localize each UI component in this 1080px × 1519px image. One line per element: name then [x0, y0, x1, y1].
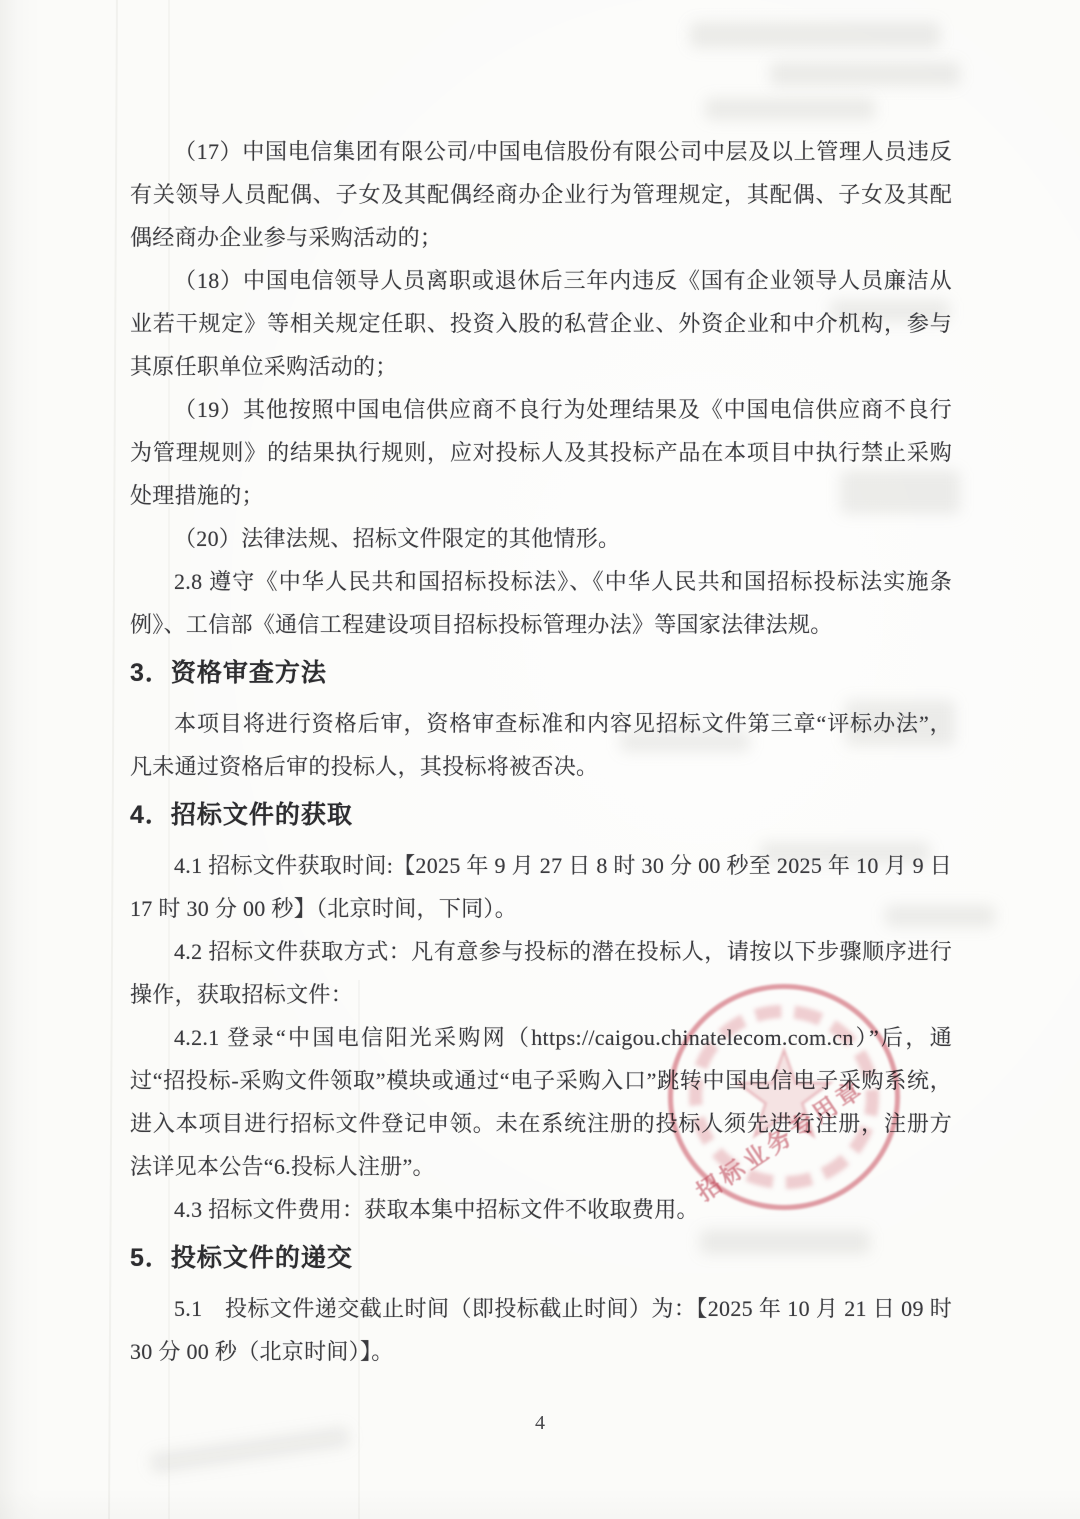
section-3-body: 本项目将进行资格后审，资格审查标准和内容见招标文件第三章“评标办法”，凡未通过资… [130, 702, 952, 788]
clause-4-2-1: 4.2.1 登录“中国电信阳光采购网（https://caigou.chinat… [130, 1016, 952, 1188]
clause-18: （18）中国电信领导人员离职或退休后三年内违反《国有企业领导人员廉洁从业若干规定… [130, 259, 952, 388]
section-4-heading: 4．招标文件的获取 [130, 798, 952, 832]
paper-crease-line [108, 0, 118, 1519]
bleed-through-mark [690, 22, 940, 48]
document-body: （17）中国电信集团有限公司/中国电信股份有限公司中层及以上管理人员违反有关领导… [130, 130, 952, 1373]
section-5-heading: 5．投标文件的递交 [130, 1241, 952, 1275]
page-number: 4 [0, 1412, 1080, 1435]
bleed-through-mark [770, 62, 960, 86]
clause-4-3: 4.3 招标文件费用：获取本集中招标文件不收取费用。 [130, 1188, 952, 1231]
section-3-heading: 3．资格审查方法 [130, 656, 952, 690]
clause-4-2: 4.2 招标文件获取方式：凡有意参与投标的潜在投标人，请按以下步骤顺序进行操作，… [130, 930, 952, 1016]
clause-19: （19）其他按照中国电信供应商不良行为处理结果及《中国电信供应商不良行为管理规则… [130, 388, 952, 517]
clause-2-8: 2.8 遵守《中华人民共和国招标投标法》、《中华人民共和国招标投标法实施条例》、… [130, 560, 952, 646]
scanned-document-page: （17）中国电信集团有限公司/中国电信股份有限公司中层及以上管理人员违反有关领导… [0, 0, 1080, 1519]
bleed-through-mark [705, 98, 875, 120]
clause-4-1: 4.1 招标文件获取时间:【2025 年 9 月 27 日 8 时 30 分 0… [130, 844, 952, 930]
clause-5-1: 5.1 投标文件递交截止时间（即投标截止时间）为：【2025 年 10 月 21… [130, 1287, 952, 1373]
clause-20: （20）法律法规、招标文件限定的其他情形。 [130, 517, 952, 560]
clause-17: （17）中国电信集团有限公司/中国电信股份有限公司中层及以上管理人员违反有关领导… [130, 130, 952, 259]
